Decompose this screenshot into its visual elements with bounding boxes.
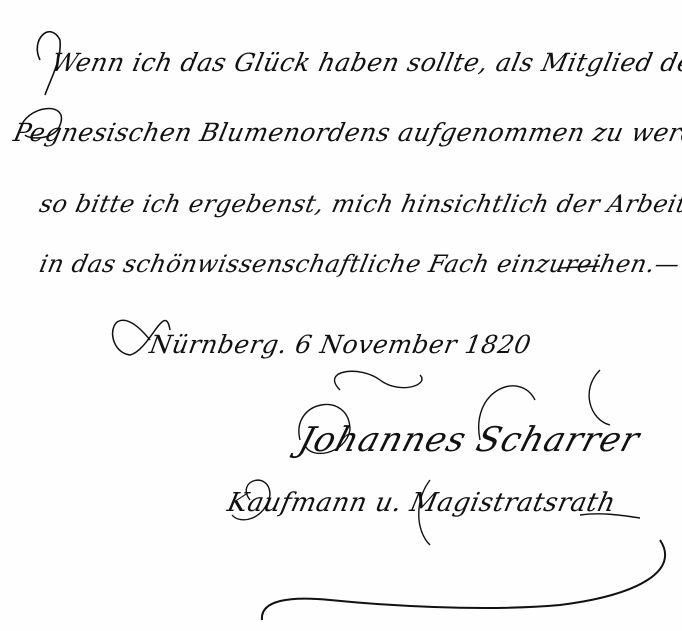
text-line-3: so bitte ich ergebenst, mich hinsichtlic… [37,190,682,218]
decorative-flourishes [0,0,682,631]
text-line-4: in das schönwissenschaftliche Fach einzu… [37,250,682,278]
text-line-1: Wenn ich das Glück haben sollte, als Mit… [49,48,682,77]
text-line-2: Pegnesischen Blumenordens aufgenommen zu… [11,118,682,147]
place-date: Nürnberg. 6 November 1820 [147,330,533,359]
letter-page: Wenn ich das Glück haben sollte, als Mit… [0,0,682,631]
signer-title: Kaufmann u. Magistratsrath [225,488,619,518]
signature: Johannes Scharrer [294,420,644,460]
